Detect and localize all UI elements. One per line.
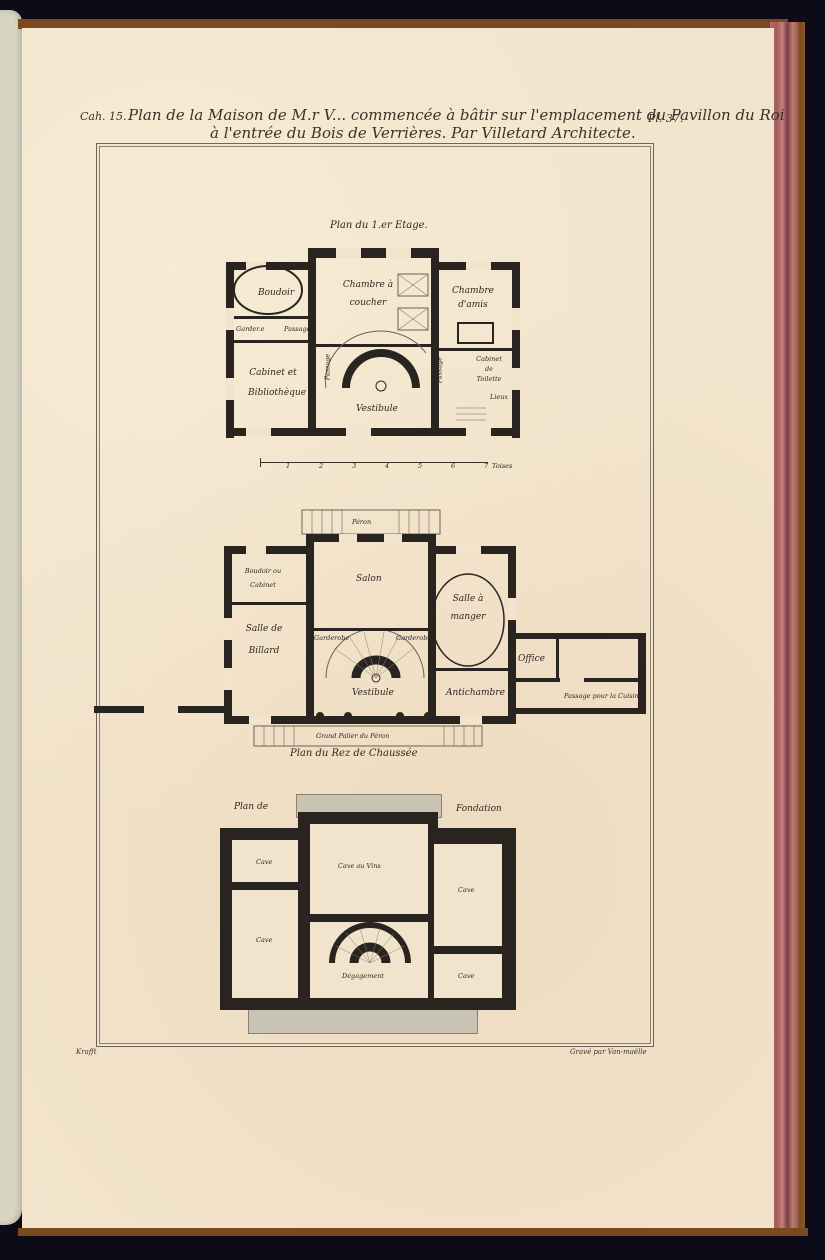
scale-tick-7: 7 <box>484 462 488 470</box>
scale-unit: Toises <box>492 462 512 470</box>
plate-number: Pl. 37. <box>648 112 683 125</box>
scale-tick-1: 1 <box>286 462 290 470</box>
draftsman-credit: Krafft <box>76 1048 97 1056</box>
engraver-credit: Gravé par Van-maëlle <box>570 1048 647 1056</box>
room-boudoir: Boudoir <box>258 288 294 298</box>
room-salle-de-billard: Salle de Billard <box>244 618 284 662</box>
room-cave-2: Cave <box>458 886 474 894</box>
room-passage-right: Passage <box>435 357 443 384</box>
room-cave-4: Cave <box>458 972 474 980</box>
plate-title-line2: à l'entrée du Bois de Verrières. Par Vil… <box>210 124 636 142</box>
first-floor-plan: Boudoir Chambre à coucher Chambre d'amis… <box>226 248 520 438</box>
room-cave-3: Cave <box>256 936 272 944</box>
room-chambre-a-coucher: Chambre à coucher <box>338 276 398 312</box>
room-vestibule: Vestibule <box>356 404 398 414</box>
room-chambre-d-amis: Chambre d'amis <box>448 284 498 312</box>
room-lieux: Lieux <box>490 393 508 401</box>
room-peron: Péron <box>352 518 371 526</box>
first-floor-title: Plan du 1.er Etage. <box>330 220 428 231</box>
room-antichambre: Antichambre <box>446 688 505 698</box>
room-passage: Passage <box>284 325 311 333</box>
scale-tick-2: 2 <box>319 462 323 470</box>
room-garderobe-right: Garderobe <box>396 634 431 642</box>
marbled-fore-edge <box>770 22 805 1232</box>
plate-title-line1: Plan de la Maison de M.r V... commencée … <box>128 106 785 124</box>
room-cave-1: Cave <box>256 858 272 866</box>
scale-bar: 1 2 3 4 5 6 7 Toises <box>258 458 518 474</box>
cahier-number: Cah. 15. <box>80 110 127 123</box>
room-boudoir-ou-cabinet: Boudoir ou Cabinet <box>238 564 288 592</box>
scale-tick-3: 3 <box>352 462 356 470</box>
room-passage-left: Passage <box>323 354 331 381</box>
scale-tick-4: 4 <box>385 462 389 470</box>
room-cabinet-de-toilette: Cabinet de Toilette <box>474 354 504 384</box>
ground-floor-plan: Péron Boudoir ou Cabinet Salon Salle à m… <box>94 508 646 748</box>
grand-palier-du-peron: Grand Palier du Péron <box>316 732 389 740</box>
room-degagement: Dégagement <box>342 972 384 980</box>
room-vestibule: Vestibule <box>352 688 394 698</box>
room-office: Office <box>518 654 545 664</box>
room-passage-pour-la-cuisine: Passage pour la Cuisine <box>564 692 643 700</box>
room-salon: Salon <box>356 574 382 584</box>
book-cover-bottom-edge <box>18 1228 808 1236</box>
scale-tick-5: 5 <box>418 462 422 470</box>
scale-tick-6: 6 <box>451 462 455 470</box>
room-garderobe: Garder.e <box>236 325 265 333</box>
facing-page-edge <box>0 10 22 1225</box>
room-cabinet-bibliotheque: Cabinet et Bibliothèque <box>248 363 298 403</box>
room-garderobe-left: Garderobe <box>314 634 349 642</box>
room-cave-au-vins: Cave au Vins <box>338 862 381 870</box>
foundation-plan: Cave Cave au Vins Cave Cave Dégagement C… <box>220 788 516 1032</box>
ground-floor-title: Plan du Rez de Chaussée <box>290 748 418 759</box>
room-salle-a-manger: Salle à manger <box>448 590 488 626</box>
